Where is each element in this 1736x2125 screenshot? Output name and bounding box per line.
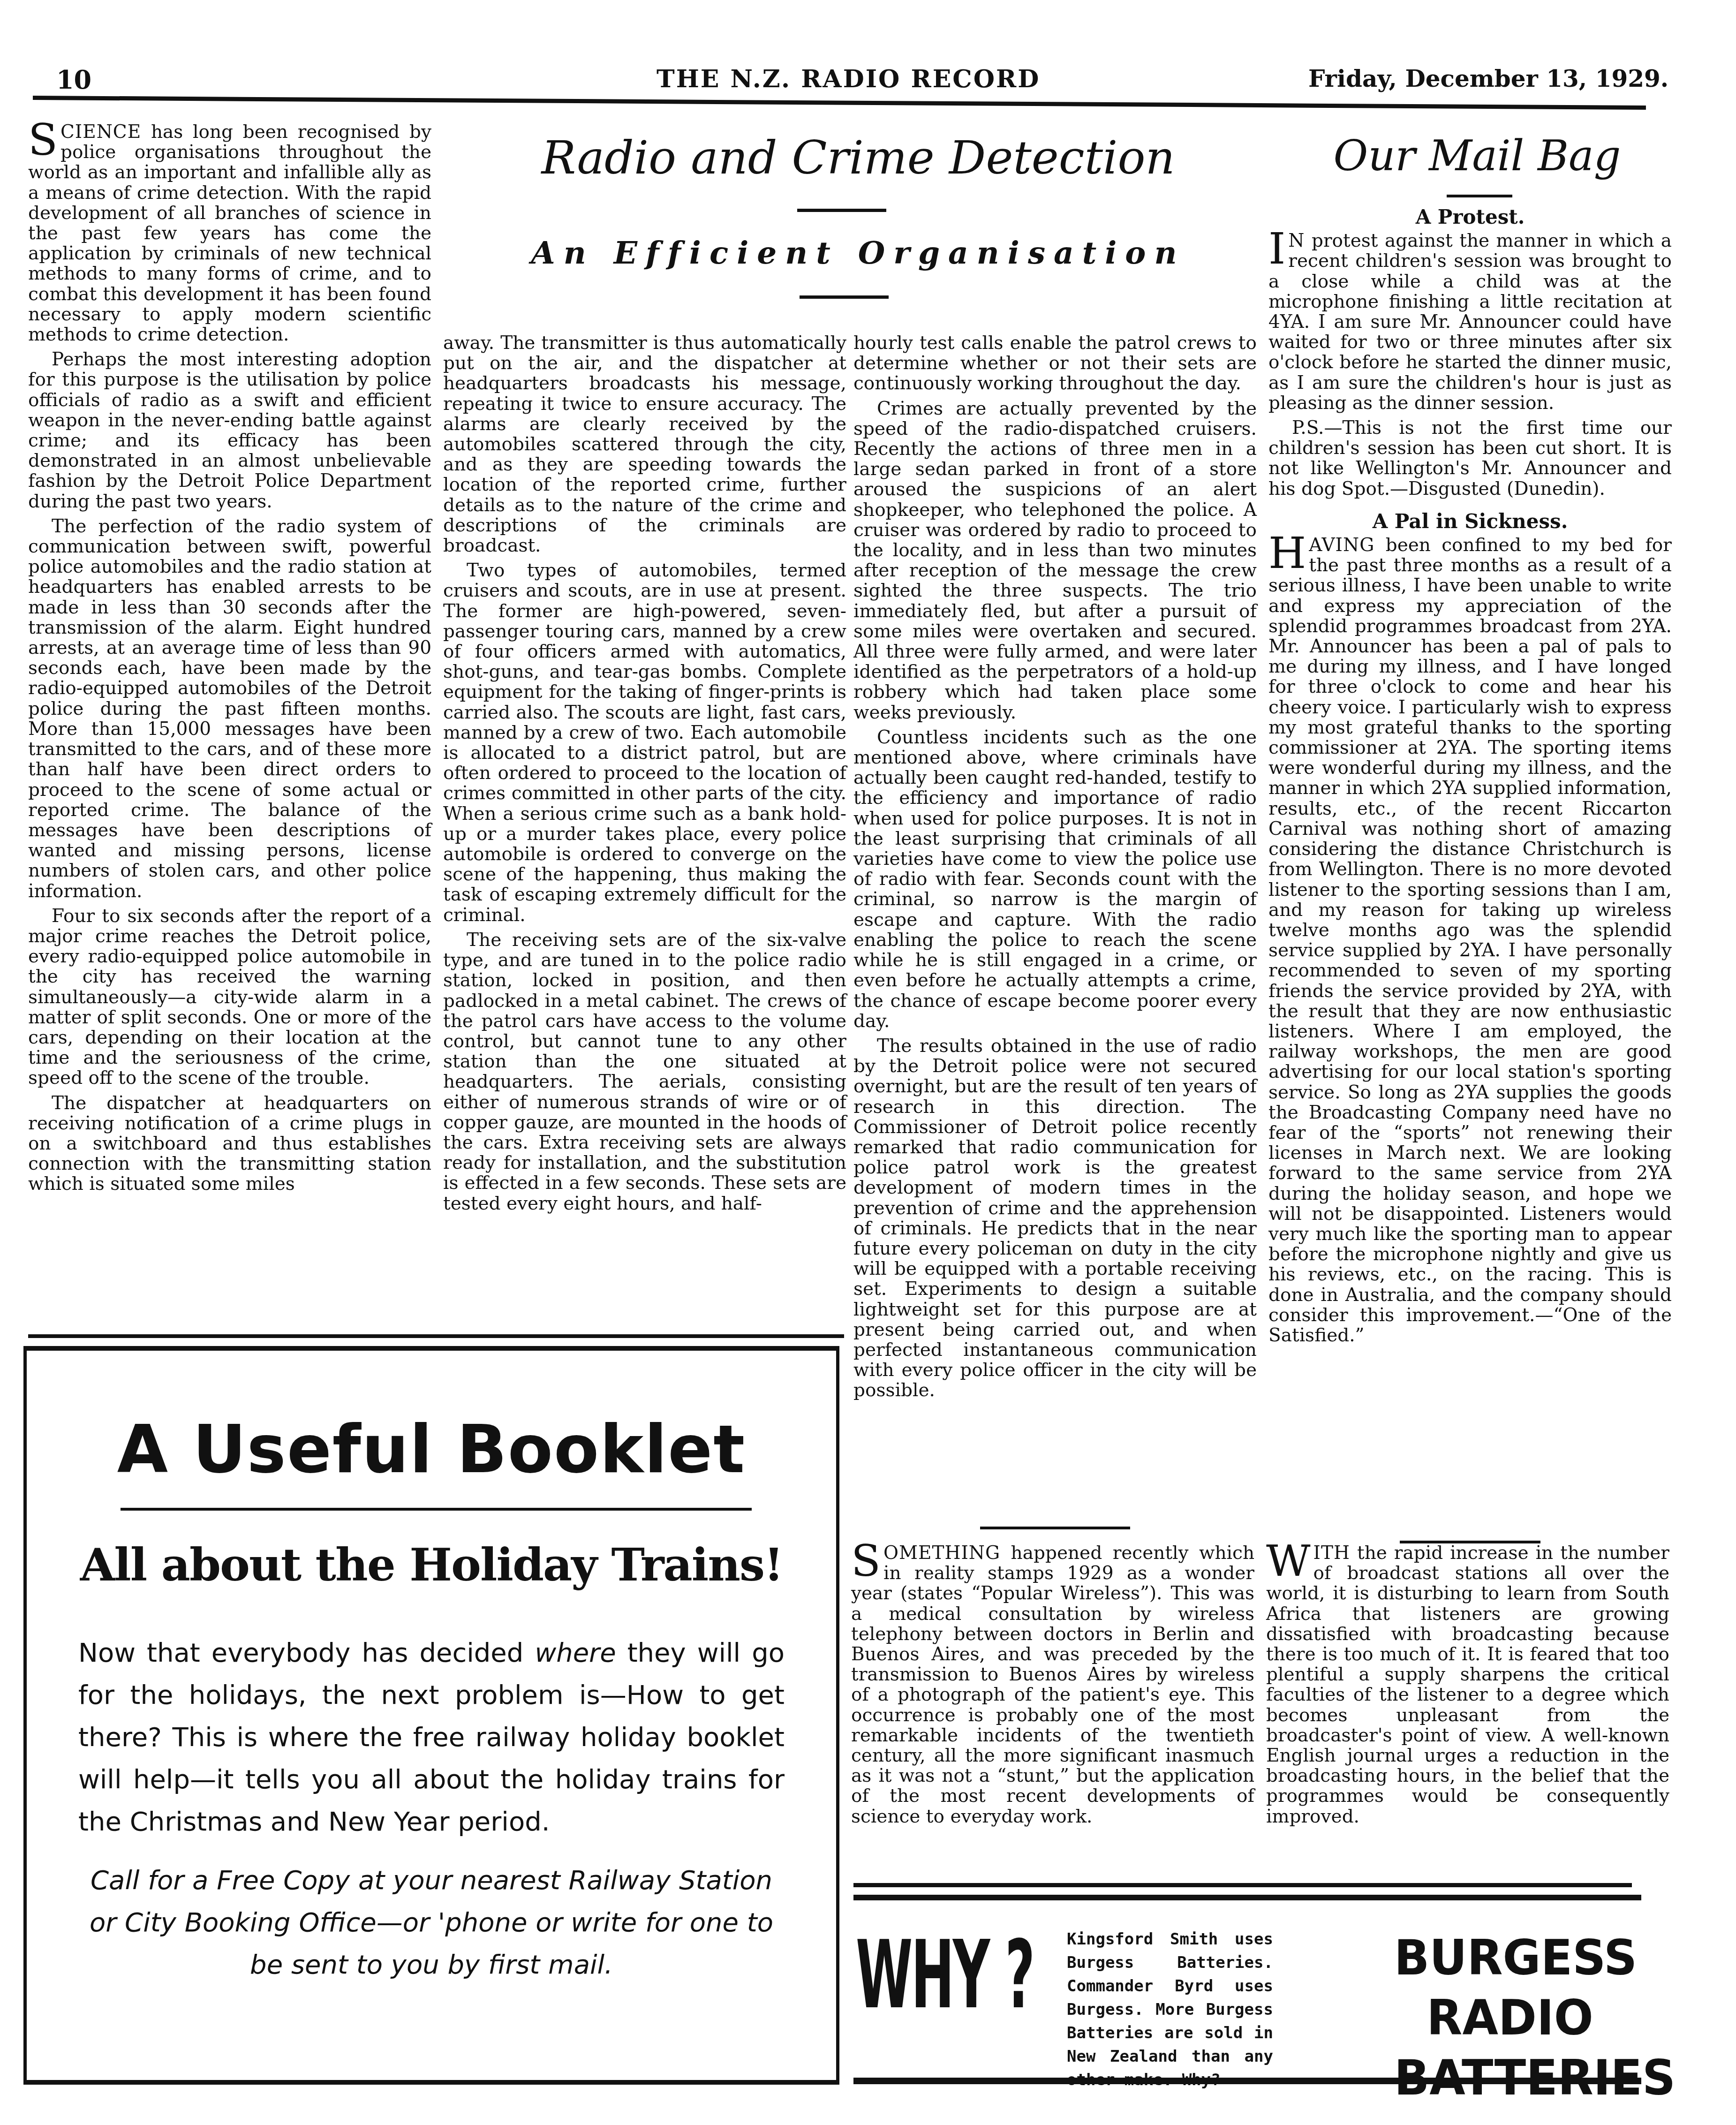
article-paragraph: The results obtained in the use of radio… bbox=[853, 1036, 1257, 1401]
article-paragraph: The perfection of the radio system of co… bbox=[28, 516, 431, 901]
letter-body: IN protest against the manner in which a… bbox=[1268, 231, 1672, 413]
article-paragraph: SCIENCE has long been recognised by poli… bbox=[28, 122, 431, 345]
ad-body: Now that everybody has decided where the… bbox=[78, 1632, 785, 1843]
article-paragraph: Crimes are actually prevented by the spe… bbox=[853, 399, 1257, 723]
header-rule bbox=[33, 96, 1646, 110]
ad-why-heading: WHY ? bbox=[856, 1921, 1034, 2030]
article-subtitle: An Efficient Organisation bbox=[478, 234, 1238, 271]
mail-bag-column: A Protest. IN protest against the manner… bbox=[1268, 204, 1672, 1350]
drop-cap: S bbox=[851, 1544, 883, 1579]
article-paragraph: Perhaps the most interesting adoption fo… bbox=[28, 349, 431, 512]
brief-wonder-year: SOMETHING happened recently which in rea… bbox=[851, 1543, 1254, 1831]
brief-south-africa: WITH the rapid increase in the number of… bbox=[1266, 1543, 1669, 1831]
article-title: Radio and Crime Detection bbox=[478, 131, 1238, 185]
article-paragraph: away. The transmitter is thus automatica… bbox=[443, 333, 846, 556]
letter-body: HAVING been confined to my bed for the p… bbox=[1268, 535, 1672, 1346]
article-column-2: away. The transmitter is thus automatica… bbox=[443, 333, 846, 1218]
drop-cap: S bbox=[28, 123, 60, 158]
drop-cap: I bbox=[1268, 232, 1288, 266]
ad-headline: All about the Holiday Trains! bbox=[27, 1538, 836, 1591]
column-end-rule bbox=[980, 1527, 1130, 1529]
mail-bag-divider bbox=[1447, 195, 1512, 197]
letter-heading: A Pal in Sickness. bbox=[1268, 511, 1672, 531]
article-column-1: SCIENCE has long been recognised by poli… bbox=[28, 122, 431, 1199]
burgess-advertisement: WHY ? Kingsford Smith uses Burgess Batte… bbox=[851, 1892, 1648, 2099]
ad-bottom-rule bbox=[853, 2078, 1641, 2084]
article-paragraph: Two types of automobiles, termed cruiser… bbox=[443, 560, 846, 925]
drop-cap: W bbox=[1266, 1544, 1313, 1579]
ad-title-rule bbox=[121, 1508, 752, 1511]
mail-bag-title: Our Mail Bag bbox=[1276, 131, 1679, 181]
masthead: THE N.Z. RADIO RECORD bbox=[657, 65, 1040, 93]
article-paragraph: Four to six seconds after the report of … bbox=[28, 906, 431, 1089]
booklet-advertisement: A Useful Booklet All about the Holiday T… bbox=[23, 1346, 839, 2085]
ad-title: A Useful Booklet bbox=[27, 1412, 836, 1488]
ad-burgess-copy: Kingsford Smith uses Burgess Batteries. … bbox=[1067, 1928, 1273, 2092]
article-paragraph: Countless incidents such as the one ment… bbox=[853, 727, 1257, 1031]
article-column-3: hourly test calls enable the patrol crew… bbox=[853, 333, 1257, 1406]
subtitle-divider bbox=[800, 295, 889, 299]
issue-date: Friday, December 13, 1929. bbox=[1308, 65, 1668, 92]
page-number: 10 bbox=[56, 65, 91, 95]
section-rule bbox=[28, 1334, 844, 1338]
ad-call-to-action: Call for a Free Copy at your nearest Rai… bbox=[78, 1860, 785, 1986]
article-paragraph: The dispatcher at headquarters on receiv… bbox=[28, 1093, 431, 1195]
article-paragraph: hourly test calls enable the patrol crew… bbox=[853, 333, 1257, 394]
drop-cap: H bbox=[1268, 536, 1309, 571]
letter-heading: A Protest. bbox=[1268, 207, 1672, 227]
article-paragraph: The receiving sets are of the six-valve … bbox=[443, 930, 846, 1214]
letter-postscript: P.S.—This is not the first time our chil… bbox=[1268, 418, 1672, 499]
ad-top-rule bbox=[853, 1883, 1632, 1887]
title-divider bbox=[797, 209, 886, 212]
